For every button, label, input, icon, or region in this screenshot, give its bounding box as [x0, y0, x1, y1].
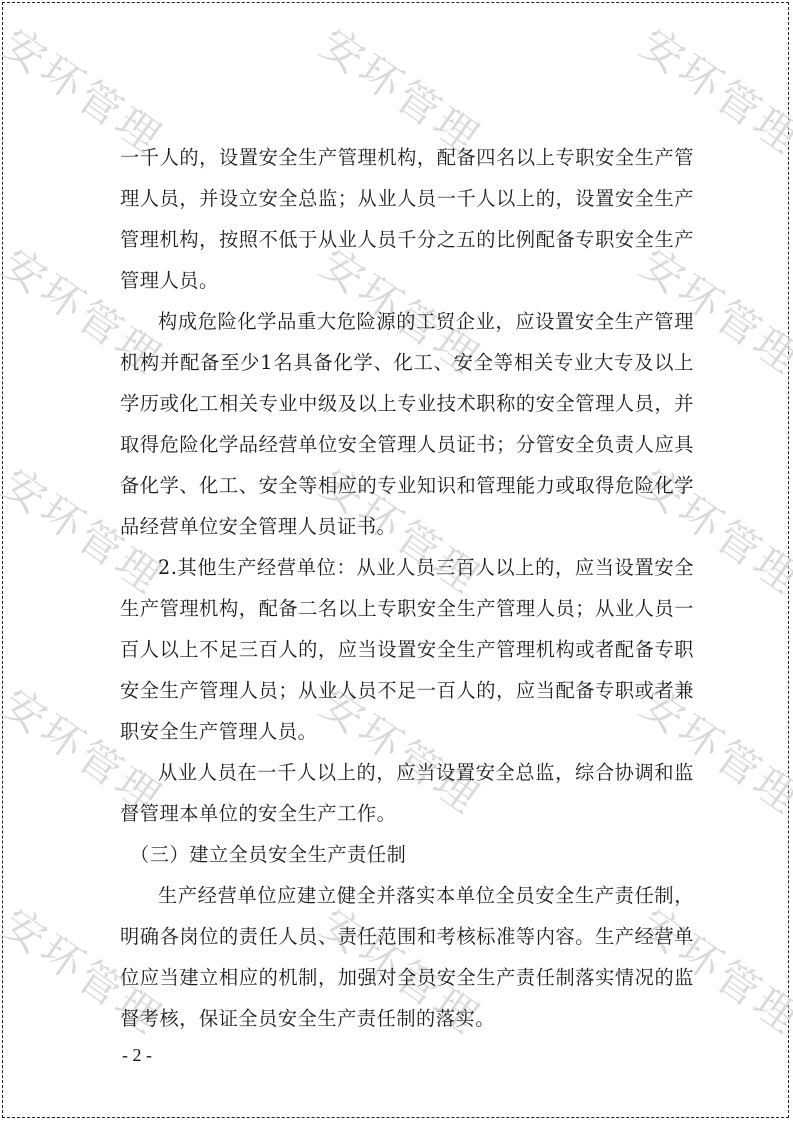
document-body: 一千人的，设置安全生产管理机构，配备四名以上专职安全生产管理人员，并设立安全总监…	[120, 137, 694, 1039]
paragraph-safety-director: 从业人员在一千人以上的，应当设置安全总监，综合协调和监督管理本单位的安全生产工作…	[120, 752, 694, 834]
page-number: - 2 -	[122, 1045, 152, 1066]
section-heading-responsibility: （三）建立全员安全生产责任制	[120, 834, 694, 875]
paragraph-hazardous-chemicals: 构成危险化学品重大危险源的工贸企业，应设置安全生产管理机构并配备至少1名具备化学…	[120, 301, 694, 547]
paragraph-responsibility-system: 生产经营单位应建立健全并落实本单位全员安全生产责任制，明确各岗位的责任人员、责任…	[120, 875, 694, 1039]
paragraph-staffing-large: 一千人的，设置安全生产管理机构，配备四名以上专职安全生产管理人员，并设立安全总监…	[120, 137, 694, 301]
paragraph-other-units: 2.其他生产经营单位：从业人员三百人以上的，应当设置安全生产管理机构，配备二名以…	[120, 547, 694, 752]
